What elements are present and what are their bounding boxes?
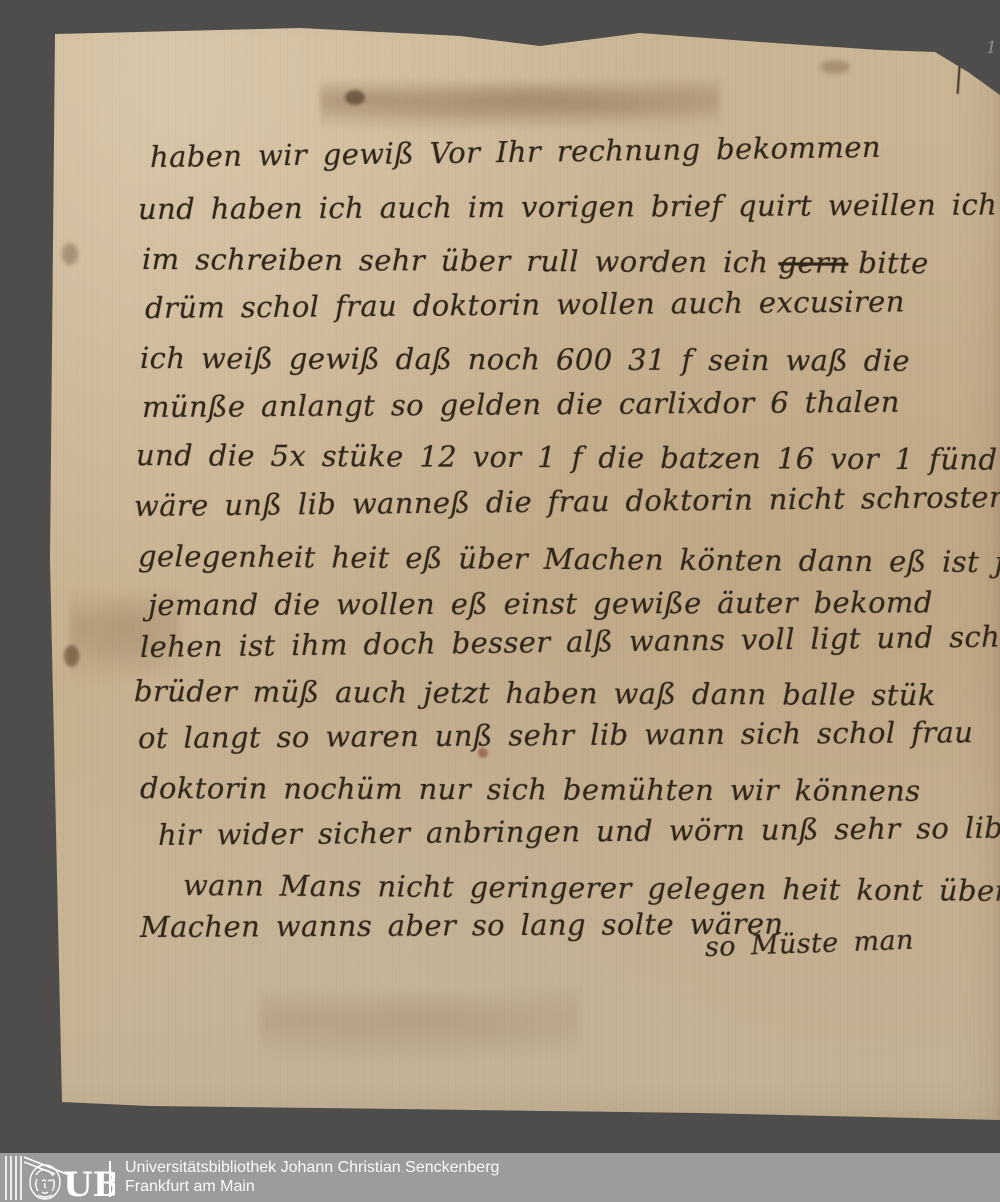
ink-stain [345, 90, 365, 105]
pen-mark [957, 54, 962, 94]
senckenberg-portrait-icon [30, 1165, 60, 1199]
manuscript-line: brüder müß auch jetzt haben waß dann bal… [134, 674, 936, 712]
bleedthrough-mark [260, 990, 580, 1060]
struck-word: gern [778, 245, 848, 279]
manuscript-text: im schreiben sehr über rull worden ich [142, 242, 769, 279]
manuscript-line: jemand die wollen eß einst gewiße äuter … [148, 585, 933, 622]
manuscript-line: und haben ich auch im vorigen brief quir… [138, 188, 997, 226]
folio-number: 1 [986, 38, 997, 58]
manuscript-line: haben wir gewiß Vor Ihr rechnung bekomme… [150, 130, 881, 174]
manuscript-line: drüm schol frau doktorin wollen auch exc… [145, 284, 905, 325]
manuscript-line: wann Mans nicht geringerer gelegen heit … [183, 868, 1000, 908]
footer-location: Frankfurt am Main [125, 1177, 499, 1196]
manuscript-page: haben wir gewiß Vor Ihr rechnung bekomme… [0, 0, 1000, 1125]
manuscript-line: gelegenheit heit eß über Machen könten d… [138, 539, 1000, 579]
paper-smudge [62, 243, 78, 265]
manuscript-line: im schreiben sehr über rull worden ichge… [142, 242, 929, 280]
manuscript-line: wäre unß lib wanneß die frau doktorin ni… [134, 480, 1000, 523]
manuscript-line: hir wider sicher anbringen und wörn unß … [158, 811, 1000, 852]
scan-background: haben wir gewiß Vor Ihr rechnung bekomme… [0, 0, 1000, 1202]
paper-smudge [820, 60, 850, 74]
manuscript-line: lehen ist ihm doch besser alß wanns voll… [140, 619, 1000, 664]
footer-text: Universitätsbibliothek Johann Christian … [125, 1158, 499, 1196]
library-logo: UB [3, 1155, 115, 1201]
paper-smudge [64, 645, 79, 667]
manuscript-line: doktorin nochüm nur sich bemühten wir kö… [140, 771, 921, 808]
bleedthrough-mark [320, 80, 720, 128]
footer-institution: Universitätsbibliothek Johann Christian … [125, 1158, 499, 1177]
manuscript-line-tail: so Müste man [704, 925, 914, 963]
manuscript-line: münße anlangt so gelden die carlixdor 6 … [142, 385, 900, 424]
digitized-manuscript-viewer: { "colors": { "background": "#4e4d4b", "… [0, 0, 1000, 1202]
manuscript-line: ot langt so waren unß sehr lib wann sich… [138, 715, 974, 755]
manuscript-line: und die 5x stüke 12 vor 1 f die batzen 1… [136, 438, 998, 477]
manuscript-text: bitte [858, 246, 928, 280]
manuscript-line: Machen wanns aber so lang solte wären [140, 907, 784, 944]
ub-logo-text: UB [63, 1165, 115, 1201]
manuscript-line: ich weiß gewiß daß noch 600 31 f sein wa… [140, 341, 910, 378]
footer-bar: UB Universitätsbibliothek Johann Christi… [0, 1153, 1000, 1202]
